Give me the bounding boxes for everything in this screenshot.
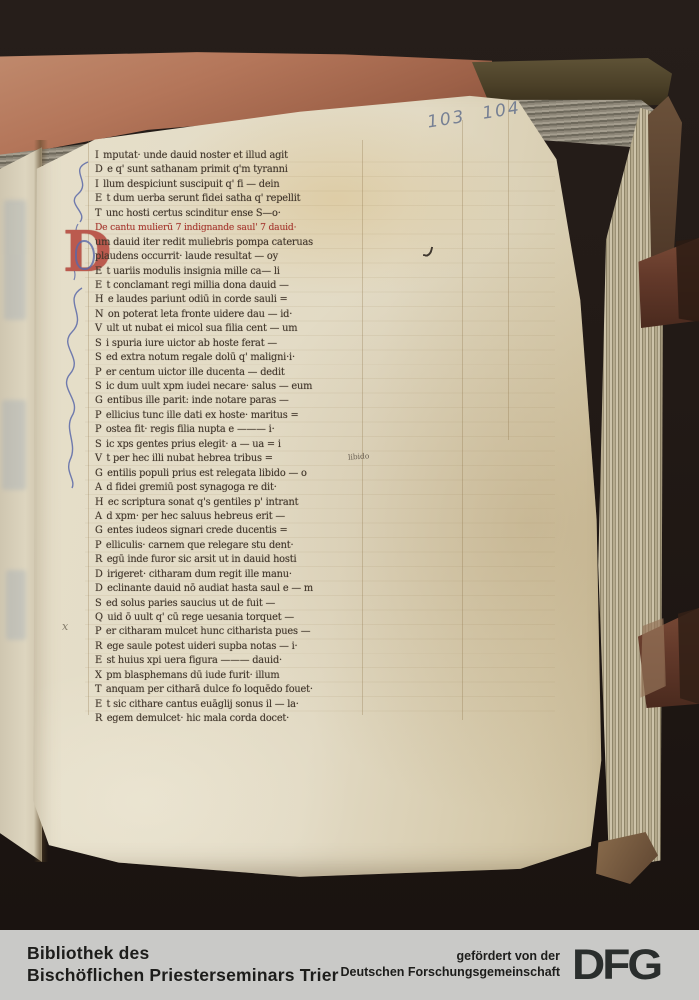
manuscript-line: Est huius xpi uera figura ——— dauid· <box>95 654 367 668</box>
manuscript-line: Tanquam per citharā dulce fo loquēdo fou… <box>95 683 367 697</box>
manuscript-line: Gentilis populi prius est relegata libid… <box>95 467 367 481</box>
manuscript-line: Sic dum uult xpm iudei necare· salus — e… <box>95 380 367 394</box>
manuscript-line: Per centum uictor ille ducenta — dedit <box>95 366 367 380</box>
manuscript-line: Gentibus ille parit: inde notare paras — <box>95 394 367 408</box>
manuscript-line: Ad fidei gremiū post synagoga re dit· <box>95 481 367 495</box>
manuscript-line: De q' sunt sathanam primit q'm tyranni <box>95 163 367 177</box>
manuscript-line: Xpm blasphemans dū iude furit· illum <box>95 669 367 683</box>
manuscript-line: Postea fit· regis filia nupta e ——— i· <box>95 423 367 437</box>
manuscript-line: Dirigeret· citharam dum regit ille manu· <box>95 568 367 582</box>
manuscript-line: Sic xps gentes prius elegit· a — ua = i <box>95 438 367 452</box>
funding-credit: gefördert von der Deutschen Forschungsge… <box>300 948 560 980</box>
footer-band: Bibliothek des Bischöflichen Priestersem… <box>0 930 699 1000</box>
margin-note: libido <box>348 451 370 461</box>
manuscript-line: Declinante dauid nō audiat hasta saul e … <box>95 582 367 596</box>
manuscript-line: Ad xpm· per hec saluus hebreus erit — <box>95 510 367 524</box>
manuscript-line: Et dum uerba serunt fidei satha q' repel… <box>95 192 367 206</box>
digitized-manuscript-photo: 103 104 D Imputat· unde dauid noster et … <box>0 0 699 1000</box>
funding-line1: gefördert von der <box>300 948 560 964</box>
manuscript-line: He laudes pariunt odiū in corde sauli = <box>95 293 367 307</box>
manuscript-line: Pellicius tunc ille dati ex hoste· marit… <box>95 409 367 423</box>
manuscript-line: Gentes iudeos signari crede ducentis = <box>95 524 367 538</box>
manuscript-line: um dauid iter redit muliebris pompa cate… <box>95 236 367 250</box>
manuscript-line: Vt per hec illi nubat hebrea tribus = <box>95 452 367 466</box>
manuscript-line: Regū inde furor sic arsit ut in dauid ho… <box>95 553 367 567</box>
fore-edge-foot <box>596 832 658 884</box>
manuscript-text-column: Imputat· unde dauid noster et illud agit… <box>95 149 367 717</box>
manuscript-line: Tunc hosti certus scinditur ense S—o· <box>95 207 367 221</box>
ruling-vertical <box>508 100 509 440</box>
leather-strap-top-end <box>676 238 699 322</box>
manuscript-line: Hec scriptura sonat q's gentiles p' intr… <box>95 496 367 510</box>
manuscript-line: Et sic cithare cantus euāglij sonus il —… <box>95 698 367 712</box>
manuscript-line: Regem demulcet· hic mala corda docet· <box>95 712 367 726</box>
manuscript-line: Illum despiciunt suscipuit q' fi — dein <box>95 178 367 192</box>
margin-mark-x: x <box>62 620 68 633</box>
manuscript-line: Vult ut nubat ei micol sua filia cent — … <box>95 322 367 336</box>
manuscript-line: Sed extra notum regale dolū q' maligni·i… <box>95 351 367 365</box>
manuscript-line: Si spuria iure uictor ab hoste ferat — <box>95 337 367 351</box>
manuscript-line: Et uariis modulis insignia mille ca— li <box>95 265 367 279</box>
initial-inner-flourish <box>75 240 95 270</box>
funding-line2: Deutschen Forschungsgemeinschaft <box>300 964 560 980</box>
ruling-vertical <box>462 120 463 720</box>
manuscript-line: Sed solus paries saucius ut de fuit — <box>95 597 367 611</box>
manuscript-line: Quid ō uult q' cū rege uesania torquet — <box>95 611 367 625</box>
manuscript-line: plaudens occurrit· laude resultat — oy <box>95 250 367 264</box>
manuscript-line: Et conclamant regi millia dona dauid — <box>95 279 367 293</box>
dfg-logo: DFG <box>572 942 692 988</box>
manuscript-line: Per citharam mulcet hunc citharista pues… <box>95 625 367 639</box>
photo-background: 103 104 D Imputat· unde dauid noster et … <box>0 0 699 930</box>
rubric-line: De cantu mulierū 7 indignande saul' 7 da… <box>95 221 367 235</box>
manuscript-line: Non poterat leta fronte uidere dau — id· <box>95 308 367 322</box>
leather-strap-bottom-end <box>678 608 699 704</box>
manuscript-line: Rege saule potest uideri supba notas — i… <box>95 640 367 654</box>
manuscript-line: Pelliculis· carnem que relegare stu dent… <box>95 539 367 553</box>
leather-strap-bottom-worn-patch <box>640 618 666 698</box>
manuscript-line: Imputat· unde dauid noster et illud agit <box>95 149 367 163</box>
